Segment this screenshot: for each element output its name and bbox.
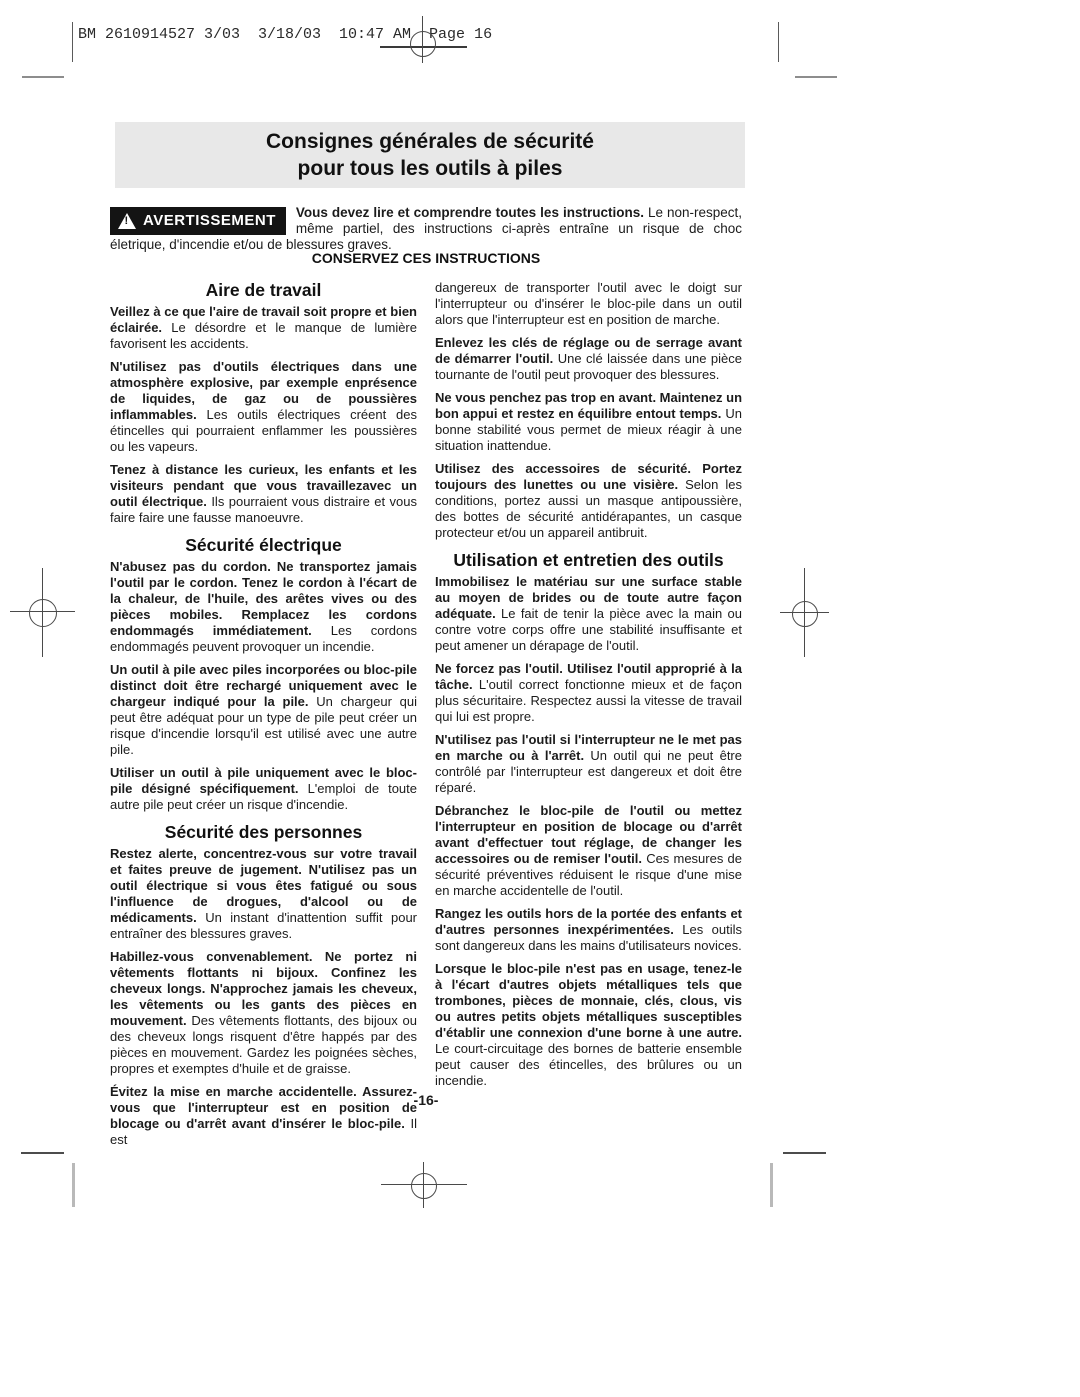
registration-mark-right-circle bbox=[792, 601, 818, 627]
crop-mark-bottom-left-horizontal bbox=[21, 1152, 64, 1154]
paragraph-text: L'outil correct fonctionne mieux et de f… bbox=[435, 677, 742, 724]
registration-mark-top-circle bbox=[410, 31, 436, 57]
column-right: dangereux de transporter l'outil avec le… bbox=[435, 280, 742, 1155]
paragraph: dangereux de transporter l'outil avec le… bbox=[435, 280, 742, 328]
paragraph: Tenez à distance les curieux, les enfant… bbox=[110, 462, 417, 526]
warning-lead-bold: Vous devez lire et comprendre toutes les… bbox=[296, 205, 644, 220]
paragraph-text: Le court-circuitage des bornes de batter… bbox=[435, 1041, 742, 1088]
paragraph: Utilisez des accessoires de sécurité. Po… bbox=[435, 461, 742, 541]
paragraph: Utiliser un outil à pile uniquement avec… bbox=[110, 765, 417, 813]
section-heading: Aire de travail bbox=[110, 280, 417, 300]
paragraph: Ne vous penchez pas trop en avant. Maint… bbox=[435, 390, 742, 454]
crop-mark-top-right-horizontal bbox=[795, 76, 837, 78]
document-page: BM 2610914527 3/03 3/18/03 10:47 AM Page… bbox=[0, 0, 1080, 1397]
registration-mark-bottom-circle bbox=[411, 1173, 437, 1199]
section-heading: Sécurité électrique bbox=[110, 535, 417, 555]
paragraph: Veillez à ce que l'aire de travail soit … bbox=[110, 304, 417, 352]
paragraph: N'utilisez pas l'outil si l'interrupteur… bbox=[435, 732, 742, 796]
page-number: -16- bbox=[110, 1092, 742, 1108]
warning-badge-label: AVERTISSEMENT bbox=[143, 207, 276, 235]
paragraph: N'abusez pas du cordon. Ne transportez j… bbox=[110, 559, 417, 655]
title-box: Consignes générales de sécurité pour tou… bbox=[115, 122, 745, 188]
paragraph-lead: Lorsque le bloc-pile n'est pas en usage,… bbox=[435, 961, 742, 1040]
crop-mark-top-left-horizontal bbox=[22, 76, 64, 78]
paragraph-lead: Ne vous penchez pas trop en avant. Maint… bbox=[435, 390, 742, 421]
warning-badge: ! AVERTISSEMENT bbox=[110, 207, 286, 235]
paragraph: Lorsque le bloc-pile n'est pas en usage,… bbox=[435, 961, 742, 1089]
paragraph: Débranchez le bloc-pile de l'outil ou me… bbox=[435, 803, 742, 899]
warning-block: ! AVERTISSEMENT Vous devez lire et compr… bbox=[110, 205, 742, 253]
paragraph: Restez alerte, concentrez-vous sur votre… bbox=[110, 846, 417, 942]
paragraph: N'utilisez pas d'outils électriques dans… bbox=[110, 359, 417, 455]
page-title-line2: pour tous les outils à piles bbox=[298, 155, 563, 182]
section-heading: Sécurité des personnes bbox=[110, 822, 417, 842]
crop-mark-bottom-left-vertical bbox=[72, 1163, 75, 1207]
paragraph-text: dangereux de transporter l'outil avec le… bbox=[435, 280, 742, 327]
registration-mark-left-circle bbox=[29, 599, 57, 627]
warning-triangle-icon: ! bbox=[118, 213, 136, 229]
crop-mark-bottom-right-horizontal bbox=[783, 1152, 826, 1154]
paragraph: Un outil à pile avec piles incorporées o… bbox=[110, 662, 417, 758]
paragraph: Ne forcez pas l'outil. Utilisez l'outil … bbox=[435, 661, 742, 725]
column-left: Aire de travailVeillez à ce que l'aire d… bbox=[110, 280, 417, 1155]
paragraph: Enlevez les clés de réglage ou de serrag… bbox=[435, 335, 742, 383]
body-columns: Aire de travailVeillez à ce que l'aire d… bbox=[110, 280, 742, 1155]
crop-mark-top-left-vertical bbox=[72, 22, 73, 62]
page-title-line1: Consignes générales de sécurité bbox=[266, 128, 594, 155]
paragraph: Rangez les outils hors de la portée des … bbox=[435, 906, 742, 954]
section-heading: Utilisation et entretien des outils bbox=[435, 550, 742, 570]
crop-mark-top-right-vertical bbox=[778, 22, 779, 62]
keep-instructions-heading: CONSERVEZ CES INSTRUCTIONS bbox=[110, 250, 742, 266]
crop-mark-bottom-right-vertical bbox=[770, 1163, 773, 1207]
paragraph: Immobilisez le matériau sur une surface … bbox=[435, 574, 742, 654]
paragraph: Habillez-vous convenablement. Ne portez … bbox=[110, 949, 417, 1077]
